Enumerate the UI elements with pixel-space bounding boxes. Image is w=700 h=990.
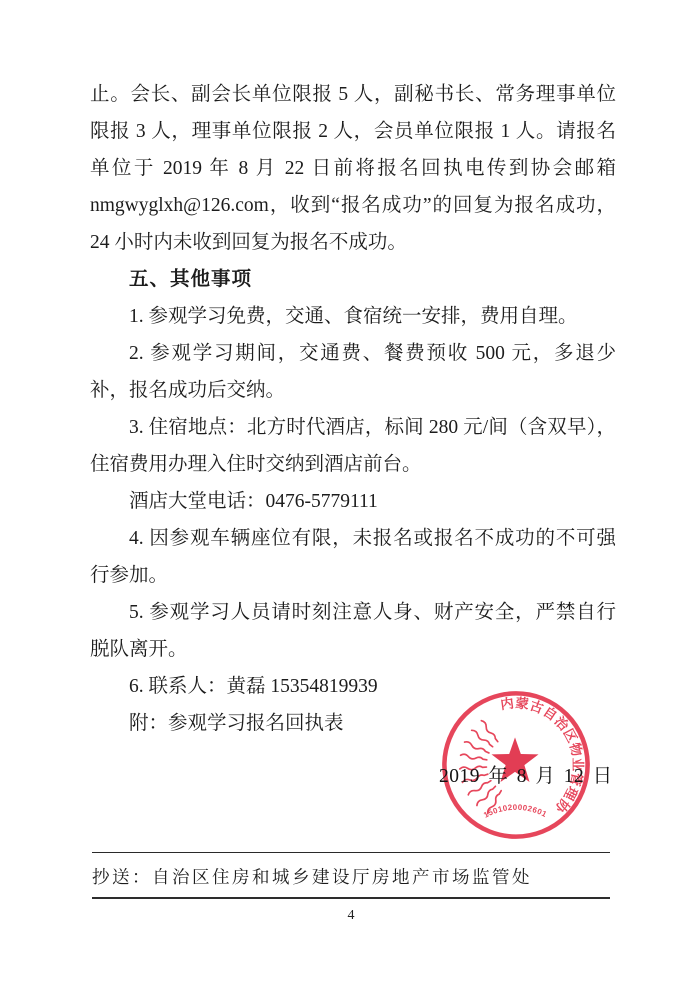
list-item-3: 3. 住宿地点：北方时代酒店，标间 280 元/间（含双早），住宿费用办理入住时… — [90, 409, 616, 483]
document-date: 2019 年 8 月 12 日 — [439, 760, 613, 788]
seal-number-arc-text: 1501020002601 — [482, 803, 548, 820]
hotel-phone-line: 酒店大堂电话：0476-5779111 — [90, 483, 616, 520]
cc-recipients-line: 抄送：自治区住房和城乡建设厅房地产市场监管处 — [92, 852, 610, 899]
page-number: 4 — [92, 908, 610, 924]
section-heading: 五、其他事项 — [90, 261, 616, 298]
list-item-2: 2. 参观学习期间，交通费、餐费预收 500 元，多退少补，报名成功后交纳。 — [90, 335, 616, 409]
document-body: 止。会长、副会长单位限报 5 人，副秘书长、常务理事单位限报 3 人，理事单位限… — [90, 76, 616, 742]
list-item-1: 1. 参观学习免费，交通、食宿统一安排，费用自理。 — [90, 298, 616, 335]
document-page: 止。会长、副会长单位限报 5 人，副秘书长、常务理事单位限报 3 人，理事单位限… — [0, 0, 700, 990]
svg-text:1501020002601: 1501020002601 — [482, 803, 548, 820]
list-item-4: 4. 因参观车辆座位有限，未报名或报名不成功的不可强行参加。 — [90, 520, 616, 594]
body-paragraph-continuation: 止。会长、副会长单位限报 5 人，副秘书长、常务理事单位限报 3 人，理事单位限… — [90, 76, 616, 261]
page-footer: 抄送：自治区住房和城乡建设厅房地产市场监管处 4 — [92, 852, 610, 924]
list-item-5: 5. 参观学习人员请时刻注意人身、财产安全，严禁自行脱队离开。 — [90, 594, 616, 668]
